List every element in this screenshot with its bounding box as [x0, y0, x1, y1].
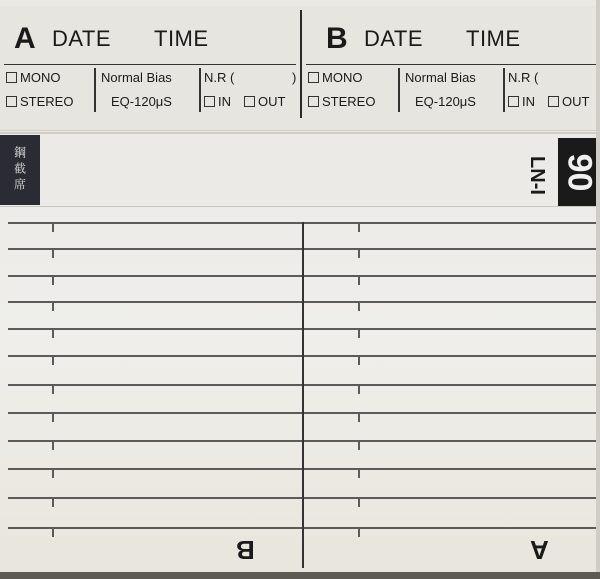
- checkbox-icon[interactable]: [6, 96, 17, 107]
- track-tick: [52, 413, 54, 422]
- cassette-j-card: A DATE TIME MONO STEREO Normal Bias EQ-1…: [0, 0, 600, 579]
- separator: [398, 68, 400, 112]
- separator: [199, 68, 201, 112]
- track-tick: [52, 329, 54, 338]
- stereo-label: STEREO: [20, 94, 73, 109]
- track-tick: [52, 498, 54, 507]
- side-b-options: MONO STEREO Normal Bias EQ-120μS N.R ( )…: [306, 66, 598, 118]
- brand-tab: 鋼截席: [0, 135, 40, 205]
- checkbox-icon[interactable]: [244, 96, 255, 107]
- track-tick: [358, 413, 360, 422]
- track-tick: [358, 498, 360, 507]
- track-tick: [52, 356, 54, 365]
- tape-length-text: 90: [559, 153, 598, 191]
- checkbox-icon[interactable]: [308, 96, 319, 107]
- side-a-bottom-letter: A: [530, 534, 549, 565]
- side-a-nr-out-option[interactable]: OUT: [244, 94, 285, 109]
- track-tick: [358, 276, 360, 285]
- tape-type-label: LN-I: [516, 150, 556, 200]
- side-a-bias-label: Normal Bias: [101, 70, 172, 85]
- nr-close-paren: ): [292, 70, 296, 85]
- side-b-letter: B: [326, 22, 348, 56]
- track-list-area: [0, 208, 600, 579]
- separator: [503, 68, 505, 112]
- side-b-nr-in-option[interactable]: IN: [508, 94, 535, 109]
- side-b-date-label: DATE: [364, 26, 423, 52]
- center-divider: [302, 222, 304, 568]
- track-tick: [52, 528, 54, 537]
- separator: [94, 68, 96, 112]
- side-b-eq-label: EQ-120μS: [415, 94, 476, 109]
- track-tick: [52, 302, 54, 311]
- track-tick: [358, 249, 360, 258]
- side-a-eq-label: EQ-120μS: [111, 94, 172, 109]
- track-tick: [52, 249, 54, 258]
- nr-text: N.R (: [508, 70, 538, 85]
- side-a-info: A DATE TIME MONO STEREO Normal Bias EQ-1…: [0, 6, 300, 116]
- track-tick: [358, 302, 360, 311]
- checkbox-icon[interactable]: [6, 72, 17, 83]
- side-b-nr-label: N.R ( ): [508, 70, 538, 85]
- side-a-divider: [4, 64, 296, 65]
- side-a-mono-option[interactable]: MONO: [6, 70, 60, 85]
- recording-info-header: A DATE TIME MONO STEREO Normal Bias EQ-1…: [0, 6, 600, 131]
- side-a-nr-label: N.R ( ): [204, 70, 234, 85]
- side-b-nr-out-option[interactable]: OUT: [548, 94, 589, 109]
- checkbox-icon[interactable]: [548, 96, 559, 107]
- side-a-date-label: DATE: [52, 26, 111, 52]
- side-a-stereo-option[interactable]: STEREO: [6, 94, 73, 109]
- track-tick: [358, 385, 360, 394]
- track-tick: [52, 276, 54, 285]
- tape-type-text: LN-I: [524, 156, 547, 195]
- side-b-stereo-option[interactable]: STEREO: [308, 94, 375, 109]
- in-label: IN: [522, 94, 535, 109]
- checkbox-icon[interactable]: [508, 96, 519, 107]
- track-tick: [358, 329, 360, 338]
- mono-label: MONO: [322, 70, 362, 85]
- track-tick: [358, 469, 360, 478]
- checkbox-icon[interactable]: [308, 72, 319, 83]
- side-a-time-label: TIME: [154, 26, 209, 52]
- side-a-options: MONO STEREO Normal Bias EQ-120μS N.R ( )…: [4, 66, 296, 118]
- out-label: OUT: [562, 94, 589, 109]
- side-b-info: B DATE TIME MONO STEREO Normal Bias EQ-1…: [302, 6, 600, 116]
- side-b-mono-option[interactable]: MONO: [308, 70, 362, 85]
- track-tick: [358, 441, 360, 450]
- track-tick: [358, 223, 360, 232]
- track-tick: [358, 528, 360, 537]
- side-a-nr-in-option[interactable]: IN: [204, 94, 231, 109]
- checkbox-icon[interactable]: [204, 96, 215, 107]
- nr-text: N.R (: [204, 70, 234, 85]
- card-edge: [596, 0, 600, 579]
- track-tick: [52, 385, 54, 394]
- track-tick: [358, 356, 360, 365]
- side-b-bias-label: Normal Bias: [405, 70, 476, 85]
- in-label: IN: [218, 94, 231, 109]
- card-edge-bottom: [0, 572, 600, 579]
- track-tick: [52, 469, 54, 478]
- side-b-bottom-letter: B: [236, 534, 255, 565]
- side-b-divider: [306, 64, 598, 65]
- spine-strip: [0, 134, 600, 207]
- side-a-letter: A: [14, 22, 36, 56]
- track-tick: [52, 441, 54, 450]
- out-label: OUT: [258, 94, 285, 109]
- stereo-label: STEREO: [322, 94, 375, 109]
- mono-label: MONO: [20, 70, 60, 85]
- tape-length-badge: 90: [558, 138, 600, 206]
- track-tick: [52, 223, 54, 232]
- side-b-time-label: TIME: [466, 26, 521, 52]
